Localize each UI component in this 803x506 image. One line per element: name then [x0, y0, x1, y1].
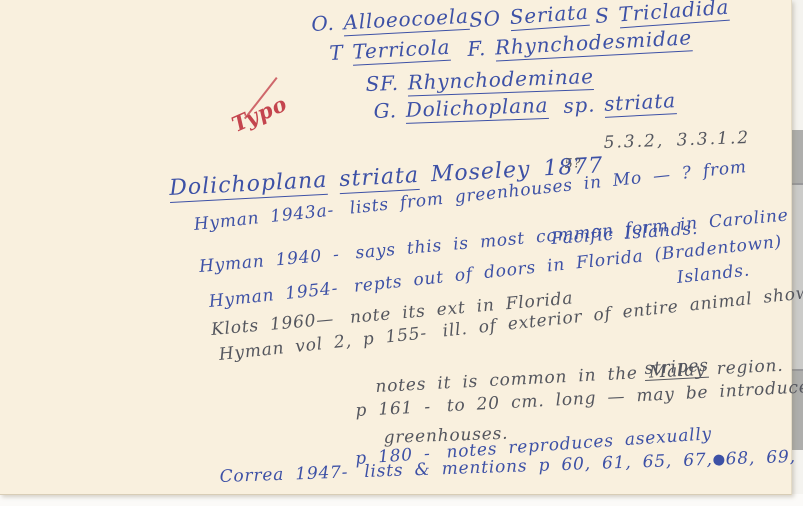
taxon-species-name: striata	[604, 88, 677, 118]
taxon-family-name: Rhynchodesmidae	[494, 25, 692, 61]
taxon-section-label: S	[594, 3, 610, 28]
taxon-subfamily: SF.Rhynchodeminae	[365, 64, 594, 96]
note-ref: Correa 1947-	[219, 463, 348, 487]
taxon-suborder: SOSeriata	[468, 0, 589, 32]
taxon-suborder-name: Seriata	[509, 0, 590, 31]
taxon-genus-name: Dolichoplana	[405, 93, 548, 124]
taxon-family-label: F.	[467, 36, 487, 61]
heading-species: striata	[339, 163, 420, 194]
taxon-subfamily-label: SF.	[365, 71, 399, 96]
note-ref: Hyman 1943a-	[193, 200, 335, 235]
taxon-tribe-name: Terricola	[352, 35, 451, 66]
catalog-code: 5.3.2, 3.3.1.2	[603, 128, 750, 153]
index-card: O.Alloeocoela SOSeriata STricladida TTer…	[0, 0, 792, 495]
note-text-after-blot: 68, 69, 71 (over)	[725, 443, 803, 469]
taxon-species: sp.striata	[563, 88, 677, 118]
taxon-section-name: Tricladida	[618, 0, 730, 28]
taxon-genus-label: G.	[373, 98, 397, 123]
taxon-order-name: Alloeocoela	[343, 4, 470, 37]
tray-bottom-edge	[0, 494, 803, 506]
taxon-order-label: O.	[311, 11, 335, 36]
scan-background: O.Alloeocoela SOSeriata STricladida TTer…	[0, 0, 803, 506]
heading-superscript: 5?	[564, 156, 582, 172]
taxon-section: STricladida	[594, 0, 730, 28]
note-ref: Hyman 1954-	[208, 279, 339, 312]
taxon-tribe: TTerricola	[329, 35, 451, 65]
heading-genus: Dolichoplana	[169, 168, 328, 203]
note-ref: p 161 -	[355, 397, 431, 421]
taxon-species-label: sp.	[563, 92, 596, 118]
ink-blot	[714, 454, 725, 465]
note-hyman-1940-cont: Islands.	[676, 260, 751, 288]
taxon-family: F.Rhynchodesmidae	[467, 25, 693, 61]
note-ref: Hyman 1940 -	[198, 245, 340, 277]
taxon-tribe-label: T	[329, 40, 344, 65]
taxon-genus: G.Dolichoplana	[373, 93, 548, 123]
taxon-order: O.Alloeocoela	[311, 4, 470, 36]
taxon-suborder-label: SO	[468, 6, 501, 32]
taxon-subfamily-name: Rhynchodeminae	[407, 64, 594, 96]
